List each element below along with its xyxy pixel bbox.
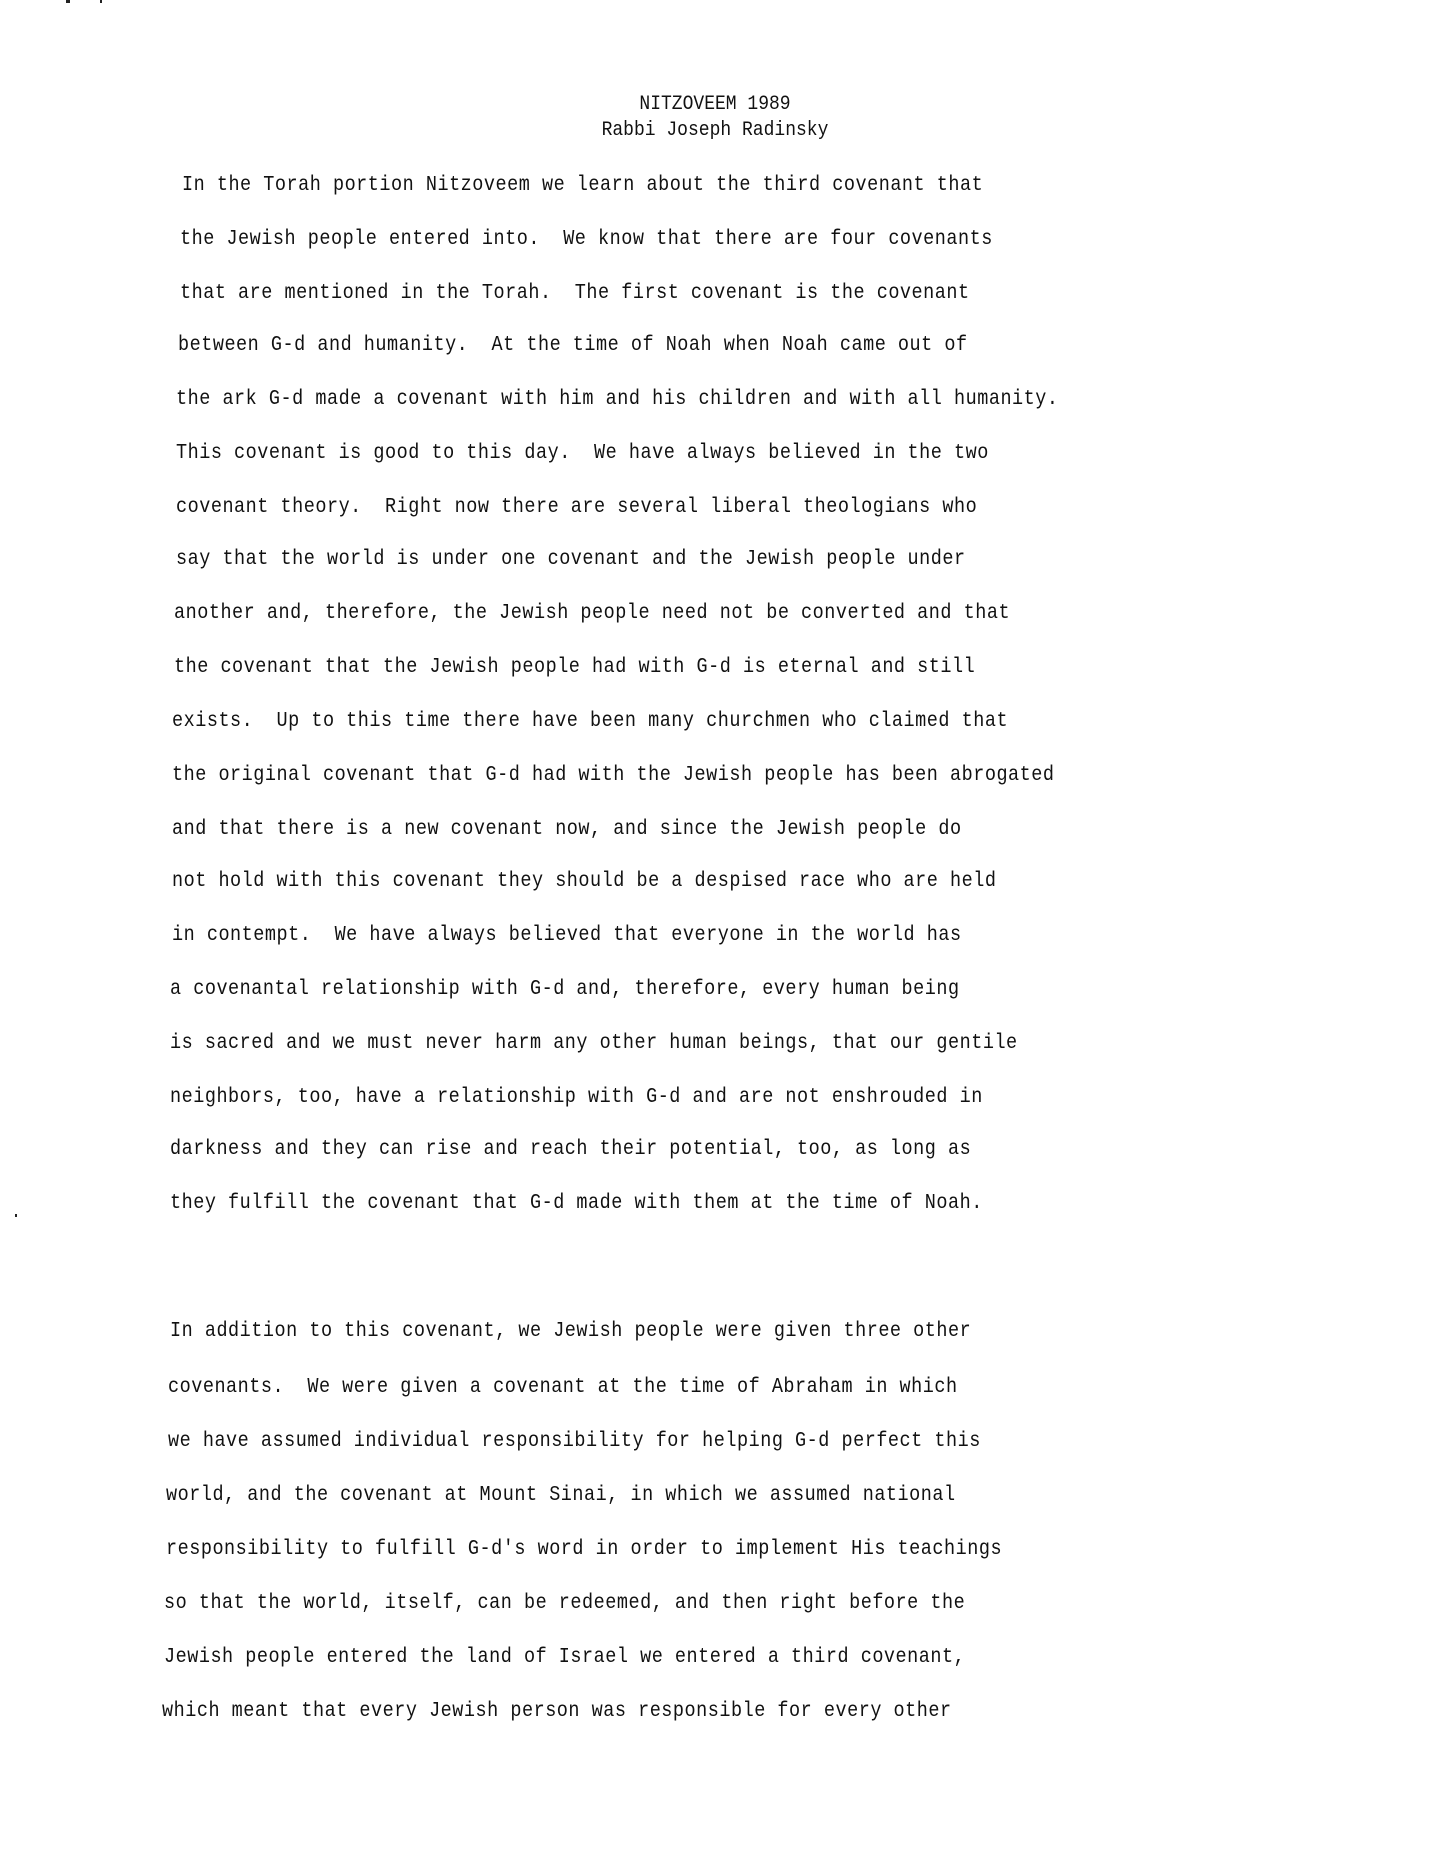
text-line: that are mentioned in the Torah. The fir… [180,280,970,306]
text-line: In addition to this covenant, we Jewish … [170,1318,971,1344]
text-line: the original covenant that G-d had with … [172,762,1055,788]
text-line: so that the world, itself, can be redeem… [164,1590,965,1616]
document-author: Rabbi Joseph Radinsky [72,118,1359,144]
text-line: is sacred and we must never harm any oth… [170,1030,1018,1056]
text-line: we have assumed individual responsibilit… [168,1428,981,1454]
text-line: darkness and they can rise and reach the… [170,1136,971,1162]
text-line: responsibility to fulfill G-d's word in … [166,1536,1002,1562]
text-line: the Jewish people entered into. We know … [180,226,993,252]
text-line: covenant theory. Right now there are sev… [176,494,977,520]
text-line: This covenant is good to this day. We ha… [176,440,989,466]
text-line: exists. Up to this time there have been … [172,708,1008,734]
document-page: NITZOVEEM 1989 Rabbi Joseph Radinsky In … [0,0,1430,1851]
text-line: they fulfill the covenant that G-d made … [170,1190,983,1216]
text-line: Jewish people entered the land of Israel… [164,1644,965,1670]
scan-speck [66,0,70,3]
text-line: In the Torah portion Nitzoveem we learn … [182,172,983,198]
text-line: not hold with this covenant they should … [172,868,996,894]
text-line: the covenant that the Jewish people had … [174,654,975,680]
text-line: say that the world is under one covenant… [176,546,966,572]
text-line: which meant that every Jewish person was… [162,1698,952,1724]
text-line: another and, therefore, the Jewish peopl… [174,600,1010,626]
scan-speck [100,0,102,3]
text-line: and that there is a new covenant now, an… [172,816,962,842]
document-header: NITZOVEEM 1989 Rabbi Joseph Radinsky [72,92,1359,144]
text-line: world, and the covenant at Mount Sinai, … [166,1482,956,1508]
text-line: the ark G-d made a covenant with him and… [176,386,1059,412]
text-line: covenants. We were given a covenant at t… [168,1374,958,1400]
text-line: between G-d and humanity. At the time of… [178,332,968,358]
scan-speck [15,1214,17,1217]
text-line: neighbors, too, have a relationship with… [170,1084,983,1110]
document-title: NITZOVEEM 1989 [72,92,1359,118]
text-line: in contempt. We have always believed tha… [172,922,962,948]
text-line: a covenantal relationship with G-d and, … [170,976,960,1002]
